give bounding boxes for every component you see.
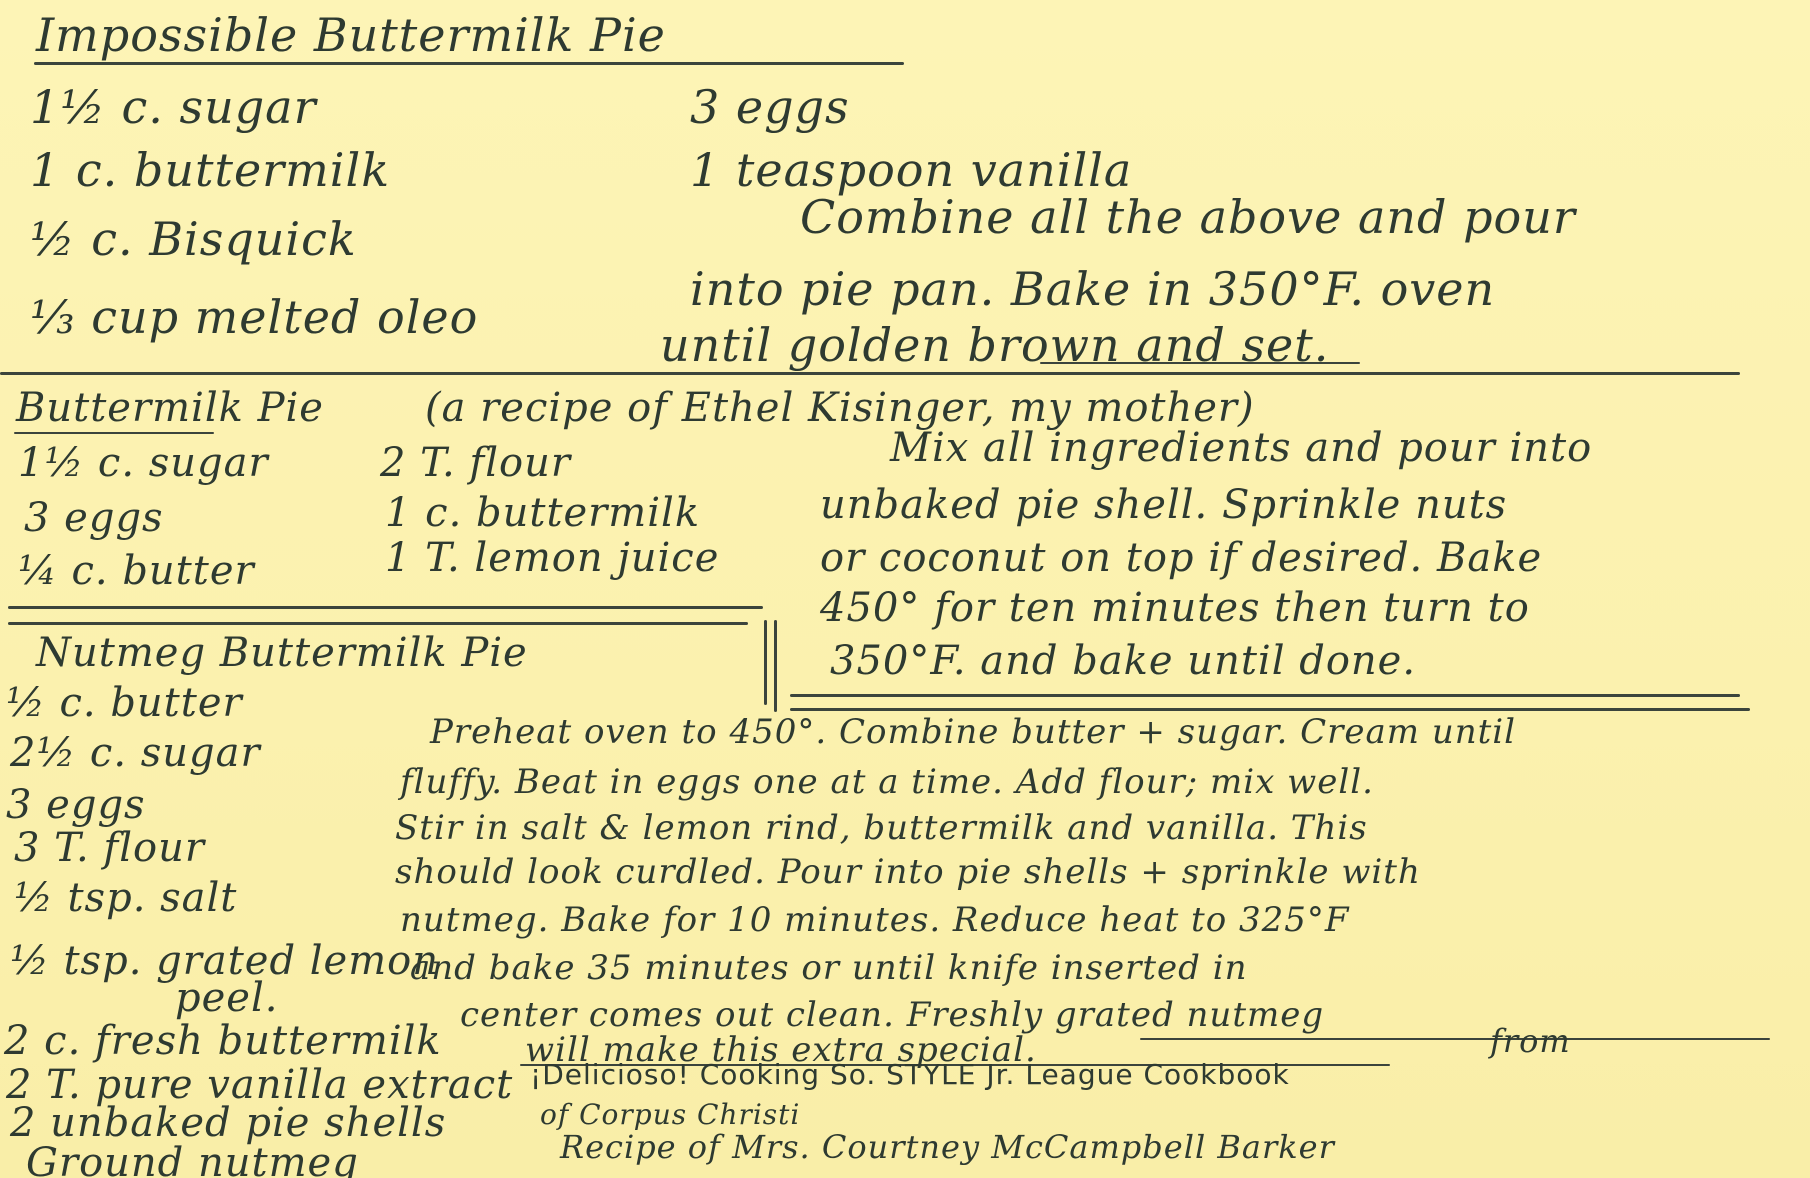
recipe1-instruction: into pie pan. Bake in 350°F. oven [690, 262, 1495, 316]
recipe2-ingredient: ¼ c. butter [18, 548, 255, 594]
section-divider-1 [0, 372, 1740, 375]
recipe2-title-underline [14, 432, 214, 434]
recipe2-title: Buttermilk Pie [16, 385, 324, 431]
recipe2-instruction: unbaked pie shell. Sprinkle nuts [820, 482, 1507, 528]
recipe-card: Impossible Buttermilk Pie 1½ c. sugar 1 … [0, 0, 1810, 1178]
recipe3-instruction: Preheat oven to 450°. Combine butter + s… [430, 712, 1516, 752]
section-divider-2a [8, 606, 763, 609]
double-bar-left [764, 620, 767, 705]
recipe1-ingredient: 1½ c. sugar [30, 80, 317, 134]
source-cookbook: ¡Delicioso! Cooking So. STYLE Jr. League… [530, 1058, 1290, 1091]
recipe2-instruction: 450° for ten minutes then turn to [820, 585, 1530, 631]
recipe3-ingredient: 3 T. flour [14, 825, 205, 871]
recipe3-title: Nutmeg Buttermilk Pie [36, 630, 528, 676]
recipe3-ingredient: ½ tsp. salt [14, 875, 237, 921]
recipe1-title-underline [34, 62, 904, 65]
recipe3-ingredient: ½ c. butter [6, 680, 243, 726]
section-divider-1b [1040, 362, 1360, 364]
section-divider-3b [790, 708, 1750, 711]
recipe3-instruction: and bake 35 minutes or until knife inser… [410, 948, 1247, 988]
recipe2-instruction: 350°F. and bake until done. [830, 638, 1416, 684]
section-divider-2b [8, 622, 748, 625]
section-divider-3a [790, 694, 1740, 697]
source-from: from [1490, 1022, 1571, 1060]
recipe3-instruction: fluffy. Beat in eggs one at a time. Add … [400, 762, 1374, 802]
recipe2-ingredient: 1½ c. sugar [18, 440, 269, 486]
recipe1-title: Impossible Buttermilk Pie [36, 8, 666, 62]
nutmeg-phrase-underline [1140, 1038, 1770, 1040]
source-city: of Corpus Christi [540, 1098, 800, 1131]
recipe2-instruction: or coconut on top if desired. Bake [820, 535, 1542, 581]
recipe3-instruction: nutmeg. Bake for 10 minutes. Reduce heat… [400, 900, 1349, 940]
recipe3-ingredient: 3 eggs [6, 782, 146, 828]
recipe1-ingredient: 3 eggs [690, 80, 850, 134]
recipe1-instruction: Combine all the above and pour [800, 190, 1576, 244]
double-bar-right [774, 620, 777, 712]
recipe2-ingredient: 1 T. lemon juice [385, 535, 719, 581]
recipe3-instruction: Stir in salt & lemon rind, buttermilk an… [395, 808, 1368, 848]
recipe3-ingredient: Ground nutmeg [26, 1140, 359, 1178]
recipe3-ingredient: 2½ c. sugar [10, 730, 261, 776]
recipe2-ingredient: 2 T. flour [380, 440, 571, 486]
recipe3-ingredient: peel. [175, 975, 278, 1021]
recipe2-instruction: Mix all ingredients and pour into [890, 425, 1592, 471]
recipe1-ingredient: 1 teaspoon vanilla [690, 143, 1132, 197]
recipe3-instruction: should look curdled. Pour into pie shell… [395, 852, 1421, 892]
recipe3-instruction: center comes out clean. Freshly grated n… [460, 995, 1324, 1035]
source-contributor: Recipe of Mrs. Courtney McCampbell Barke… [560, 1128, 1335, 1166]
recipe1-ingredient: ½ c. Bisquick [30, 212, 357, 266]
recipe2-ingredient: 1 c. buttermilk [385, 490, 700, 536]
recipe1-ingredient: 1 c. buttermilk [30, 143, 390, 197]
recipe1-ingredient: ⅓ cup melted oleo [30, 290, 478, 344]
recipe2-ingredient: 3 eggs [24, 495, 164, 541]
recipe3-ingredient: 2 c. fresh buttermilk [4, 1018, 442, 1064]
